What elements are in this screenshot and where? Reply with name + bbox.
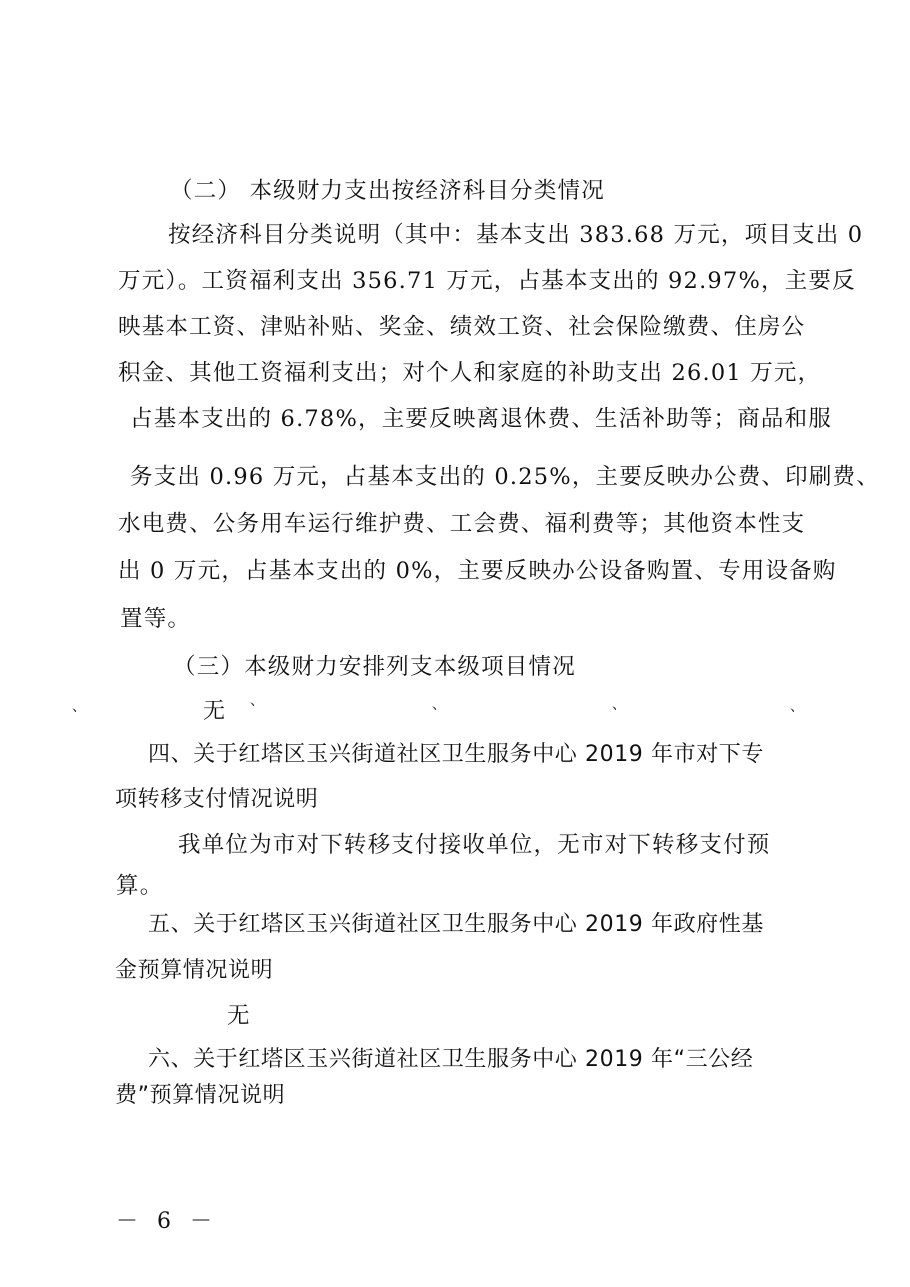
section-4-body: 我单位为市对下转移支付接收单位，无市对下转移支付预	[178, 830, 771, 860]
paragraph-line: 映基本工资、津贴补贴、奖金、绩效工资、社会保险缴费、住房公	[118, 312, 805, 342]
section-6-heading-cont: 费”预算情况说明	[115, 1081, 285, 1111]
scan-mark: 、	[432, 694, 446, 714]
section-2-heading: （二） 本级财力支出按经济科目分类情况	[170, 176, 605, 206]
section-5-heading: 五、关于红塔区玉兴街道社区卫生服务中心 2019 年政府性基	[148, 910, 764, 940]
section-4-heading: 四、关于红塔区玉兴街道社区卫生服务中心 2019 年市对下专	[148, 740, 764, 770]
paragraph-line: 水电费、公务用车运行维护费、工会费、福利费等；其他资本性支	[118, 509, 805, 539]
section-4-body-cont: 算。	[116, 871, 163, 901]
scan-mark: 、	[612, 694, 626, 714]
section-3-body: 无	[203, 697, 226, 727]
paragraph-line: 出 0 万元，占基本支出的 0%，主要反映办公设备购置、专用设备购	[118, 556, 837, 586]
section-3-heading: （三）本级财力安排列支本级项目情况	[173, 652, 576, 682]
paragraph-line: 按经济科目分类说明（其中：基本支出 383.68 万元，项目支出 0	[168, 220, 863, 250]
section-6-heading: 六、关于红塔区玉兴街道社区卫生服务中心 2019 年“三公经	[148, 1045, 753, 1075]
paragraph-line: 万元）。工资福利支出 356.71 万元，占基本支出的 92.97%，主要反	[118, 266, 856, 296]
scan-mark: 、	[250, 690, 264, 710]
section-4-heading-cont: 项转移支付情况说明	[115, 785, 318, 815]
paragraph-line: 务支出 0.96 万元，占基本支出的 0.25%，主要反映办公费、印刷费、	[130, 462, 880, 492]
scan-mark: 、	[72, 696, 86, 716]
paragraph-line: 置等。	[120, 604, 191, 634]
section-5-heading-cont: 金预算情况说明	[115, 956, 273, 986]
section-5-body: 无	[227, 1001, 251, 1031]
scan-mark: 、	[790, 696, 804, 716]
paragraph-line: 占基本支出的 6.78%，主要反映离退休费、生活补助等；商品和服	[130, 404, 832, 434]
page-number: － 6 －	[116, 1204, 218, 1235]
paragraph-line: 积金、其他工资福利支出；对个人和家庭的补助支出 26.01 万元，	[118, 358, 821, 388]
